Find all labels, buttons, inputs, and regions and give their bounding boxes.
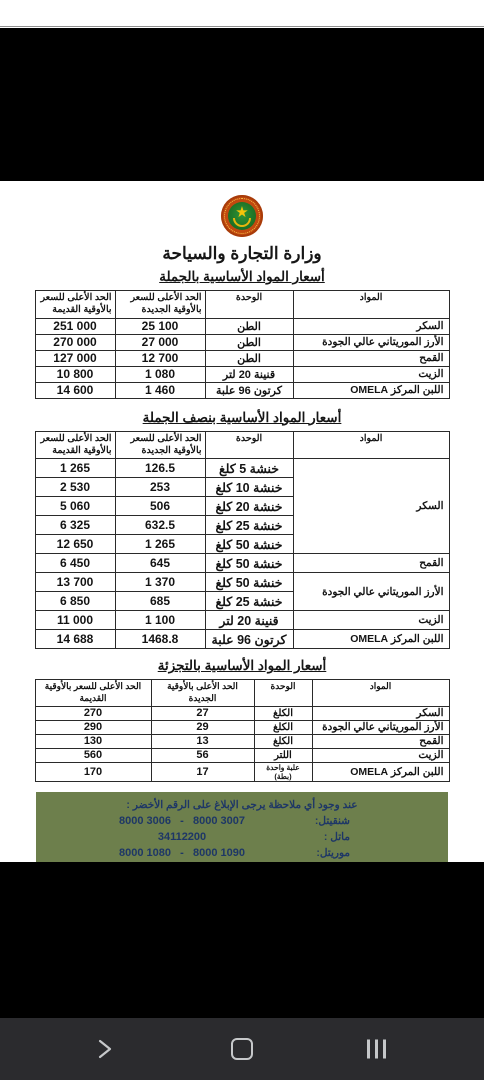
unit-cell: خنشة 5 كلغ [205,459,293,478]
new-price-cell: 685 [115,592,205,611]
old-price-cell: 6 850 [35,592,115,611]
material-cell: اللبن المركز OMELA [293,630,449,649]
contact-operator-label: شنقيتل: [278,815,350,827]
material-cell: القمح [293,554,449,573]
hotline-contact-line: 8000 1080 - 8000 1090موريتل: [36,847,448,859]
new-price-cell: 27 000 [115,334,205,350]
material-cell: الأرز الموريتاني عالي الجودة [312,720,449,734]
home-icon[interactable] [231,1038,253,1060]
material-cell: السكر [293,459,449,554]
header-materials: المواد [293,431,449,459]
old-price-cell: 130 [35,734,151,748]
phone-screen: ★ وزارة التجارة والسياحة أسعار المواد ال… [0,0,484,1080]
old-price-cell: 6 450 [35,554,115,573]
hotline-contact-line: 34112200ماتل : [36,831,448,843]
old-price-cell: 270 [35,706,151,720]
new-price-cell: 13 [151,734,254,748]
unit-cell: الكلغ [254,734,312,748]
material-cell: القمح [312,734,449,748]
table-row: السكرالكلغ27270 [35,706,449,720]
old-price-cell: 290 [35,720,151,734]
unit-cell: خنشة 25 كلغ [205,592,293,611]
ministry-seal-logo: ★ [221,195,263,237]
contact-operator-label: موريتل: [278,847,350,859]
new-price-cell: 506 [115,497,205,516]
table-row: الزيتقنينة 20 لتر1 08010 800 [35,366,449,382]
new-price-cell: 27 [151,706,254,720]
table-row: الأرز الموريتاني عالي الجودةالكلغ29290 [35,720,449,734]
old-price-cell: 6 325 [35,516,115,535]
material-cell: الزيت [293,611,449,630]
new-price-cell: 1 370 [115,573,205,592]
header-old-price: الحد الأعلى للسعر بالأوقية القديمة [35,431,115,459]
contact-phone-numbers: 8000 3006 - 8000 3007 [86,815,278,827]
old-price-cell: 10 800 [35,366,115,382]
unit-cell: خنشة 25 كلغ [205,516,293,535]
section-title-wholesale: أسعار المواد الأساسية بالجملة [0,269,484,285]
unit-cell: كرتون 96 علبة [205,382,293,398]
hotline-contact-list: 8000 3006 - 8000 3007شنقيتل:34112200ماتل… [36,815,448,859]
semi-wholesale-price-table-grid: الموادالوحدةالحد الأعلى للسعر بالأوقية ا… [35,431,450,650]
wholesale-price-table-grid: الموادالوحدةالحد الأعلى للسعر بالأوقية ا… [35,290,450,399]
recents-icon[interactable] [367,1040,386,1059]
contact-operator-label: ماتل : [278,831,350,843]
old-price-cell: 11 000 [35,611,115,630]
new-price-cell: 1 265 [115,535,205,554]
material-cell: السكر [293,318,449,334]
unit-cell: خنشة 50 كلغ [205,535,293,554]
bottom-letterbox-band [0,862,484,1018]
old-price-cell: 5 060 [35,497,115,516]
new-price-cell: 126.5 [115,459,205,478]
section-title-semi-wholesale: أسعار المواد الأساسية بنصف الجملة [0,410,484,426]
old-price-cell: 14 688 [35,630,115,649]
status-bar [0,0,484,27]
unit-cell: قنينة 20 لتر [205,611,293,630]
header-new-price: الحد الأعلى للسعر بالأوقية الجديدة [115,291,205,319]
new-price-cell: 1468.8 [115,630,205,649]
old-price-cell: 1 265 [35,459,115,478]
new-price-cell: 12 700 [115,350,205,366]
table-row: الأرز الموريتاني عالي الجودةخنشة 50 كلغ1… [35,573,449,592]
new-price-cell: 17 [151,762,254,781]
crescent-icon [233,218,251,227]
header-unit: الوحدة [205,431,293,459]
unit-cell: الطن [205,334,293,350]
new-price-cell: 29 [151,720,254,734]
wholesale-price-table: الموادالوحدةالحد الأعلى للسعر بالأوقية ا… [0,290,484,399]
table-row: السكرخنشة 5 كلغ126.51 265 [35,459,449,478]
unit-cell: خنشة 50 كلغ [205,554,293,573]
table-row: الزيتاللتر56560 [35,748,449,762]
seal-green-center: ★ [228,202,256,230]
unit-cell: قنينة 20 لتر [205,366,293,382]
new-price-cell: 645 [115,554,205,573]
old-price-cell: 270 000 [35,334,115,350]
unit-cell: كرتون 96 علبة [205,630,293,649]
back-icon[interactable] [97,1039,113,1059]
top-letterbox-band [0,28,484,181]
contact-phone-numbers: 34112200 [86,831,278,843]
unit-cell: اللتر [254,748,312,762]
new-price-cell: 1 080 [115,366,205,382]
section-title-retail: أسعار المواد الأساسية بالتجزئة [0,658,484,674]
material-cell: الزيت [293,366,449,382]
retail-price-table: الموادالوحدةالحد الأعلى بالأوقية الجديدة… [0,679,484,781]
table-row: القمحخنشة 50 كلغ6456 450 [35,554,449,573]
header-materials: المواد [312,680,449,706]
material-cell: اللبن المركز OMELA [312,762,449,781]
material-cell: السكر [312,706,449,720]
table-row: اللبن المركز OMELAكرتون 96 علبة1 46014 6… [35,382,449,398]
document-page: ★ وزارة التجارة والسياحة أسعار المواد ال… [0,181,484,862]
material-cell: الزيت [312,748,449,762]
new-price-cell: 25 100 [115,318,205,334]
header-new-price: الحد الأعلى بالأوقية الجديدة [151,680,254,706]
unit-cell: علبة واحدة (بطة) [254,762,312,781]
old-price-cell: 560 [35,748,151,762]
android-nav-bar [0,1018,484,1080]
unit-cell: خنشة 50 كلغ [205,573,293,592]
old-price-cell: 13 700 [35,573,115,592]
old-price-cell: 14 600 [35,382,115,398]
hotline-contact-line: 8000 3006 - 8000 3007شنقيتل: [36,815,448,827]
table-row: الزيتقنينة 20 لتر1 10011 000 [35,611,449,630]
old-price-cell: 170 [35,762,151,781]
unit-cell: خنشة 10 كلغ [205,478,293,497]
table-row: اللبن المركز OMELAعلبة واحدة (بطة)17170 [35,762,449,781]
new-price-cell: 253 [115,478,205,497]
header-unit: الوحدة [205,291,293,319]
header-new-price: الحد الأعلى للسعر بالأوقية الجديدة [115,431,205,459]
old-price-cell: 127 000 [35,350,115,366]
header-old-price: الحد الأعلى للسعر بالأوقية القديمة [35,680,151,706]
unit-cell: الطن [205,350,293,366]
table-row: الأرز الموريتاني عالي الجودةالطن27 00027… [35,334,449,350]
table-row: اللبن المركز OMELAكرتون 96 علبة1468.814 … [35,630,449,649]
table-row: القمحالطن12 700127 000 [35,350,449,366]
material-cell: القمح [293,350,449,366]
ministry-title: وزارة التجارة والسياحة [0,244,484,264]
new-price-cell: 1 100 [115,611,205,630]
unit-cell: الكلغ [254,706,312,720]
header-old-price: الحد الأعلى للسعر بالأوقية القديمة [35,291,115,319]
material-cell: الأرز الموريتاني عالي الجودة [293,573,449,611]
hotline-notice-text: عند وجود أي ملاحظة يرجى الإبلاغ على الرق… [36,799,448,811]
material-cell: الأرز الموريتاني عالي الجودة [293,334,449,350]
material-cell: اللبن المركز OMELA [293,382,449,398]
unit-cell: الطن [205,318,293,334]
new-price-cell: 1 460 [115,382,205,398]
unit-cell: الكلغ [254,720,312,734]
old-price-cell: 2 530 [35,478,115,497]
semi-wholesale-price-table: الموادالوحدةالحد الأعلى للسعر بالأوقية ا… [0,431,484,650]
contact-phone-numbers: 8000 1080 - 8000 1090 [86,847,278,859]
header-unit: الوحدة [254,680,312,706]
header-materials: المواد [293,291,449,319]
retail-price-table-grid: الموادالوحدةالحد الأعلى بالأوقية الجديدة… [35,679,450,781]
table-row: القمحالكلغ13130 [35,734,449,748]
unit-cell: خنشة 20 كلغ [205,497,293,516]
old-price-cell: 12 650 [35,535,115,554]
new-price-cell: 56 [151,748,254,762]
old-price-cell: 251 000 [35,318,115,334]
new-price-cell: 632.5 [115,516,205,535]
table-row: السكرالطن25 100251 000 [35,318,449,334]
